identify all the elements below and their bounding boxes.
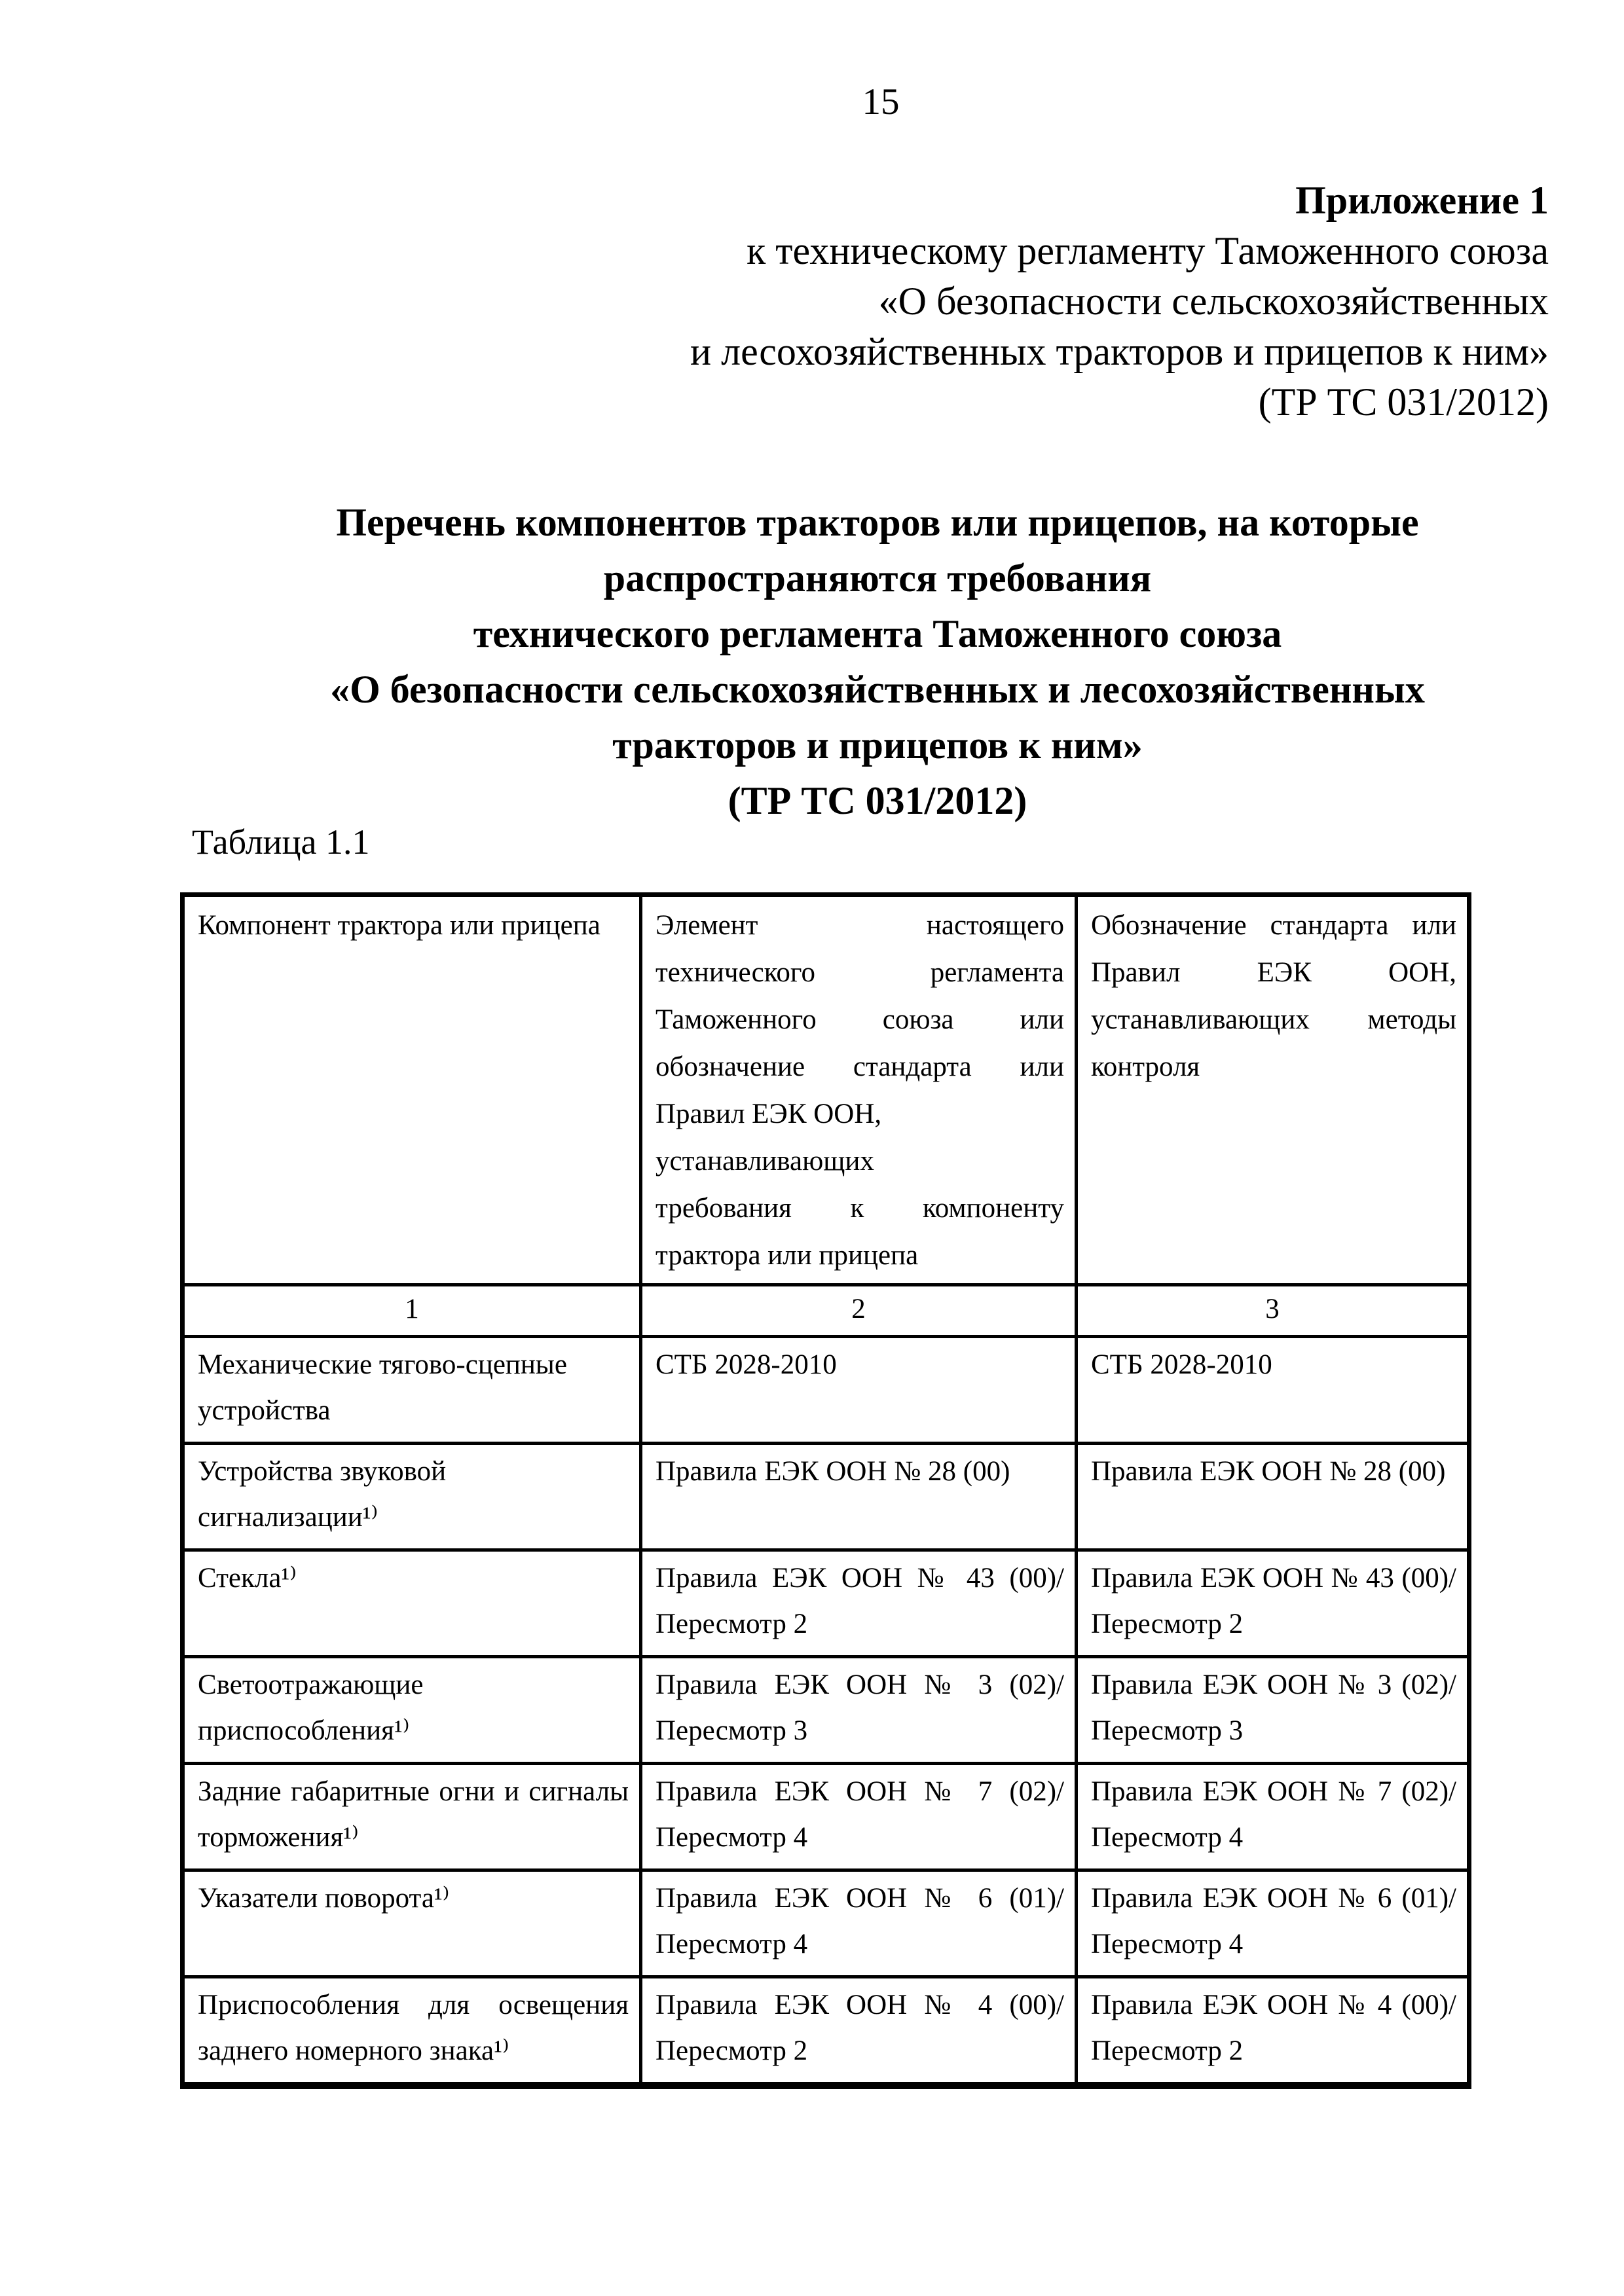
text-line: технического регламента bbox=[655, 949, 1064, 996]
text-line: Правила ЕЭК ООН № 4 (00)/ bbox=[655, 1982, 1064, 2028]
text-line: технического регламента Таможенного союз… bbox=[131, 606, 1624, 662]
cell-regulation-element: Правила ЕЭК ООН № 43 (00)/Пересмотр 2 bbox=[641, 1550, 1077, 1657]
text-line: Элемент настоящего bbox=[655, 902, 1064, 949]
text-line: требования к компоненту bbox=[655, 1185, 1064, 1232]
text-line: Механические тягово-сцепные bbox=[198, 1342, 629, 1388]
text-line: торможения¹⁾ bbox=[198, 1815, 629, 1861]
table-body: Компонент трактора или прицепа Элемент н… bbox=[183, 895, 1469, 2086]
cell-component: Устройства звуковой сигнализации¹⁾ bbox=[183, 1444, 641, 1550]
text-line: Пересмотр 4 bbox=[655, 1922, 1064, 1967]
text-line: Пересмотр 4 bbox=[1091, 1815, 1456, 1861]
text-line: Правила ЕЭК ООН № 4 (00)/ bbox=[1091, 1982, 1456, 2028]
table-row: Устройства звуковой сигнализации¹⁾ Прави… bbox=[183, 1444, 1469, 1550]
table-row: Приспособления для освещениязаднего номе… bbox=[183, 1977, 1469, 2086]
cell-control-standard: Правила ЕЭК ООН № 43 (00)/Пересмотр 2 bbox=[1077, 1550, 1469, 1657]
text-line: устанавливающих методы bbox=[1091, 996, 1456, 1044]
column-number-3: 3 bbox=[1077, 1285, 1469, 1337]
cell-component: Светоотражающиеприспособления¹⁾ bbox=[183, 1657, 641, 1764]
cell-control-standard: Правила ЕЭК ООН № 6 (01)/Пересмотр 4 bbox=[1077, 1870, 1469, 1977]
column-numbering-row: 1 2 3 bbox=[183, 1285, 1469, 1337]
text-line: Пересмотр 3 bbox=[1091, 1708, 1456, 1754]
header-cell-component: Компонент трактора или прицепа bbox=[183, 895, 641, 1285]
text-line: Правила ЕЭК ООН № 28 (00) bbox=[1091, 1449, 1456, 1495]
table-caption: Таблица 1.1 bbox=[192, 822, 369, 862]
cell-control-standard: Правила ЕЭК ООН № 3 (02)/Пересмотр 3 bbox=[1077, 1657, 1469, 1764]
cell-component: Механические тягово-сцепныеустройства bbox=[183, 1337, 641, 1444]
table-row: Механические тягово-сцепныеустройства СТ… bbox=[183, 1337, 1469, 1444]
text-line: Правила ЕЭК ООН № 7 (02)/ bbox=[655, 1769, 1064, 1815]
text-line: Компонент трактора или прицепа bbox=[198, 902, 629, 949]
text-line: тракторов и прицепов к ним» bbox=[131, 718, 1624, 773]
text-line: Приспособления для освещения bbox=[198, 1982, 629, 2028]
cell-regulation-element: СТБ 2028-2010 bbox=[641, 1337, 1077, 1444]
cell-regulation-element: Правила ЕЭК ООН № 7 (02)/Пересмотр 4 bbox=[641, 1764, 1077, 1870]
text-line: Правила ЕЭК ООН № 43 (00)/ bbox=[655, 1556, 1064, 1601]
column-number-2: 2 bbox=[641, 1285, 1077, 1337]
text-line: Пересмотр 4 bbox=[1091, 1922, 1456, 1967]
text-line: распространяются требования bbox=[131, 551, 1624, 606]
text-line: (ТР ТС 031/2012) bbox=[131, 773, 1624, 829]
annex-block: Приложение 1 к техническому регламенту Т… bbox=[690, 175, 1549, 428]
text-line: Пересмотр 2 bbox=[655, 2028, 1064, 2074]
text-line: Правила ЕЭК ООН № 7 (02)/ bbox=[1091, 1769, 1456, 1815]
table-row: Светоотражающиеприспособления¹⁾ Правила … bbox=[183, 1657, 1469, 1764]
cell-regulation-element: Правила ЕЭК ООН № 6 (01)/Пересмотр 4 bbox=[641, 1870, 1077, 1977]
text-line: Правила ЕЭК ООН № 3 (02)/ bbox=[655, 1662, 1064, 1708]
text-line: Стекла¹⁾ bbox=[198, 1556, 629, 1601]
document-title: Перечень компонентов тракторов или прице… bbox=[131, 495, 1624, 829]
cell-component: Стекла¹⁾ bbox=[183, 1550, 641, 1657]
text-line: Пересмотр 2 bbox=[1091, 2028, 1456, 2074]
text-line: устройства bbox=[198, 1388, 629, 1434]
text-line: Правила ЕЭК ООН № 28 (00) bbox=[655, 1449, 1064, 1495]
column-number-1: 1 bbox=[183, 1285, 641, 1337]
text-line: Пересмотр 2 bbox=[655, 1601, 1064, 1647]
annex-title: Приложение 1 bbox=[690, 175, 1549, 226]
text-line: Правила ЕЭК ООН № 6 (01)/ bbox=[1091, 1876, 1456, 1922]
cell-component: Приспособления для освещениязаднего номе… bbox=[183, 1977, 641, 2086]
table-row: Указатели поворота¹⁾ Правила ЕЭК ООН № 6… bbox=[183, 1870, 1469, 1977]
cell-control-standard: Правила ЕЭК ООН № 28 (00) bbox=[1077, 1444, 1469, 1550]
text-line: Устройства звуковой сигнализации¹⁾ bbox=[198, 1449, 629, 1540]
text-line: Указатели поворота¹⁾ bbox=[198, 1876, 629, 1922]
document-page: 15 Приложение 1 к техническому регламент… bbox=[0, 0, 1624, 2296]
components-table: Компонент трактора или прицепа Элемент н… bbox=[180, 892, 1471, 2089]
header-cell-regulation-element: Элемент настоящеготехнического регламент… bbox=[641, 895, 1077, 1285]
text-line: Пересмотр 4 bbox=[655, 1815, 1064, 1861]
text-line: Пересмотр 2 bbox=[1091, 1601, 1456, 1647]
cell-control-standard: Правила ЕЭК ООН № 7 (02)/Пересмотр 4 bbox=[1077, 1764, 1469, 1870]
cell-component: Указатели поворота¹⁾ bbox=[183, 1870, 641, 1977]
header-cell-control-standard: Обозначение стандарта илиПравил ЕЭК ООН,… bbox=[1077, 895, 1469, 1285]
text-line: СТБ 2028-2010 bbox=[655, 1342, 1064, 1388]
text-line: Перечень компонентов тракторов или прице… bbox=[131, 495, 1624, 551]
text-line: и лесохозяйственных тракторов и прицепов… bbox=[690, 327, 1549, 377]
table-header-row: Компонент трактора или прицепа Элемент н… bbox=[183, 895, 1469, 1285]
text-line: Таможенного союза или bbox=[655, 996, 1064, 1044]
text-line: контроля bbox=[1091, 1044, 1456, 1091]
cell-regulation-element: Правила ЕЭК ООН № 3 (02)/Пересмотр 3 bbox=[641, 1657, 1077, 1764]
page-number: 15 bbox=[862, 82, 900, 122]
text-line: Правила ЕЭК ООН № 3 (02)/ bbox=[1091, 1662, 1456, 1708]
text-line: Правила ЕЭК ООН № 43 (00)/ bbox=[1091, 1556, 1456, 1601]
text-line: устанавливающих bbox=[655, 1138, 1064, 1185]
text-line: Правил ЕЭК ООН, bbox=[1091, 949, 1456, 996]
text-line: «О безопасности сельскохозяйственных bbox=[690, 276, 1549, 327]
text-line: Пересмотр 3 bbox=[655, 1708, 1064, 1754]
text-line: Правил ЕЭК ООН, bbox=[655, 1091, 1064, 1138]
text-line: Задние габаритные огни и сигналы bbox=[198, 1769, 629, 1815]
text-line: заднего номерного знака¹⁾ bbox=[198, 2028, 629, 2074]
text-line: Обозначение стандарта или bbox=[1091, 902, 1456, 949]
text-line: обозначение стандарта или bbox=[655, 1044, 1064, 1091]
cell-regulation-element: Правила ЕЭК ООН № 4 (00)/Пересмотр 2 bbox=[641, 1977, 1077, 2086]
text-line: приспособления¹⁾ bbox=[198, 1708, 629, 1754]
text-line: СТБ 2028-2010 bbox=[1091, 1342, 1456, 1388]
table-row: Задние габаритные огни и сигналыторможен… bbox=[183, 1764, 1469, 1870]
text-line: трактора или прицепа bbox=[655, 1232, 1064, 1279]
cell-control-standard: Правила ЕЭК ООН № 4 (00)/Пересмотр 2 bbox=[1077, 1977, 1469, 2086]
text-line: «О безопасности сельскохозяйственных и л… bbox=[131, 662, 1624, 718]
annex-subtitle: к техническому регламенту Таможенного со… bbox=[690, 226, 1549, 428]
table-row: Стекла¹⁾ Правила ЕЭК ООН № 43 (00)/Перес… bbox=[183, 1550, 1469, 1657]
cell-regulation-element: Правила ЕЭК ООН № 28 (00) bbox=[641, 1444, 1077, 1550]
text-line: (ТР ТС 031/2012) bbox=[690, 377, 1549, 428]
cell-control-standard: СТБ 2028-2010 bbox=[1077, 1337, 1469, 1444]
text-line: Светоотражающие bbox=[198, 1662, 629, 1708]
text-line: к техническому регламенту Таможенного со… bbox=[690, 226, 1549, 276]
text-line: Правила ЕЭК ООН № 6 (01)/ bbox=[655, 1876, 1064, 1922]
cell-component: Задние габаритные огни и сигналыторможен… bbox=[183, 1764, 641, 1870]
